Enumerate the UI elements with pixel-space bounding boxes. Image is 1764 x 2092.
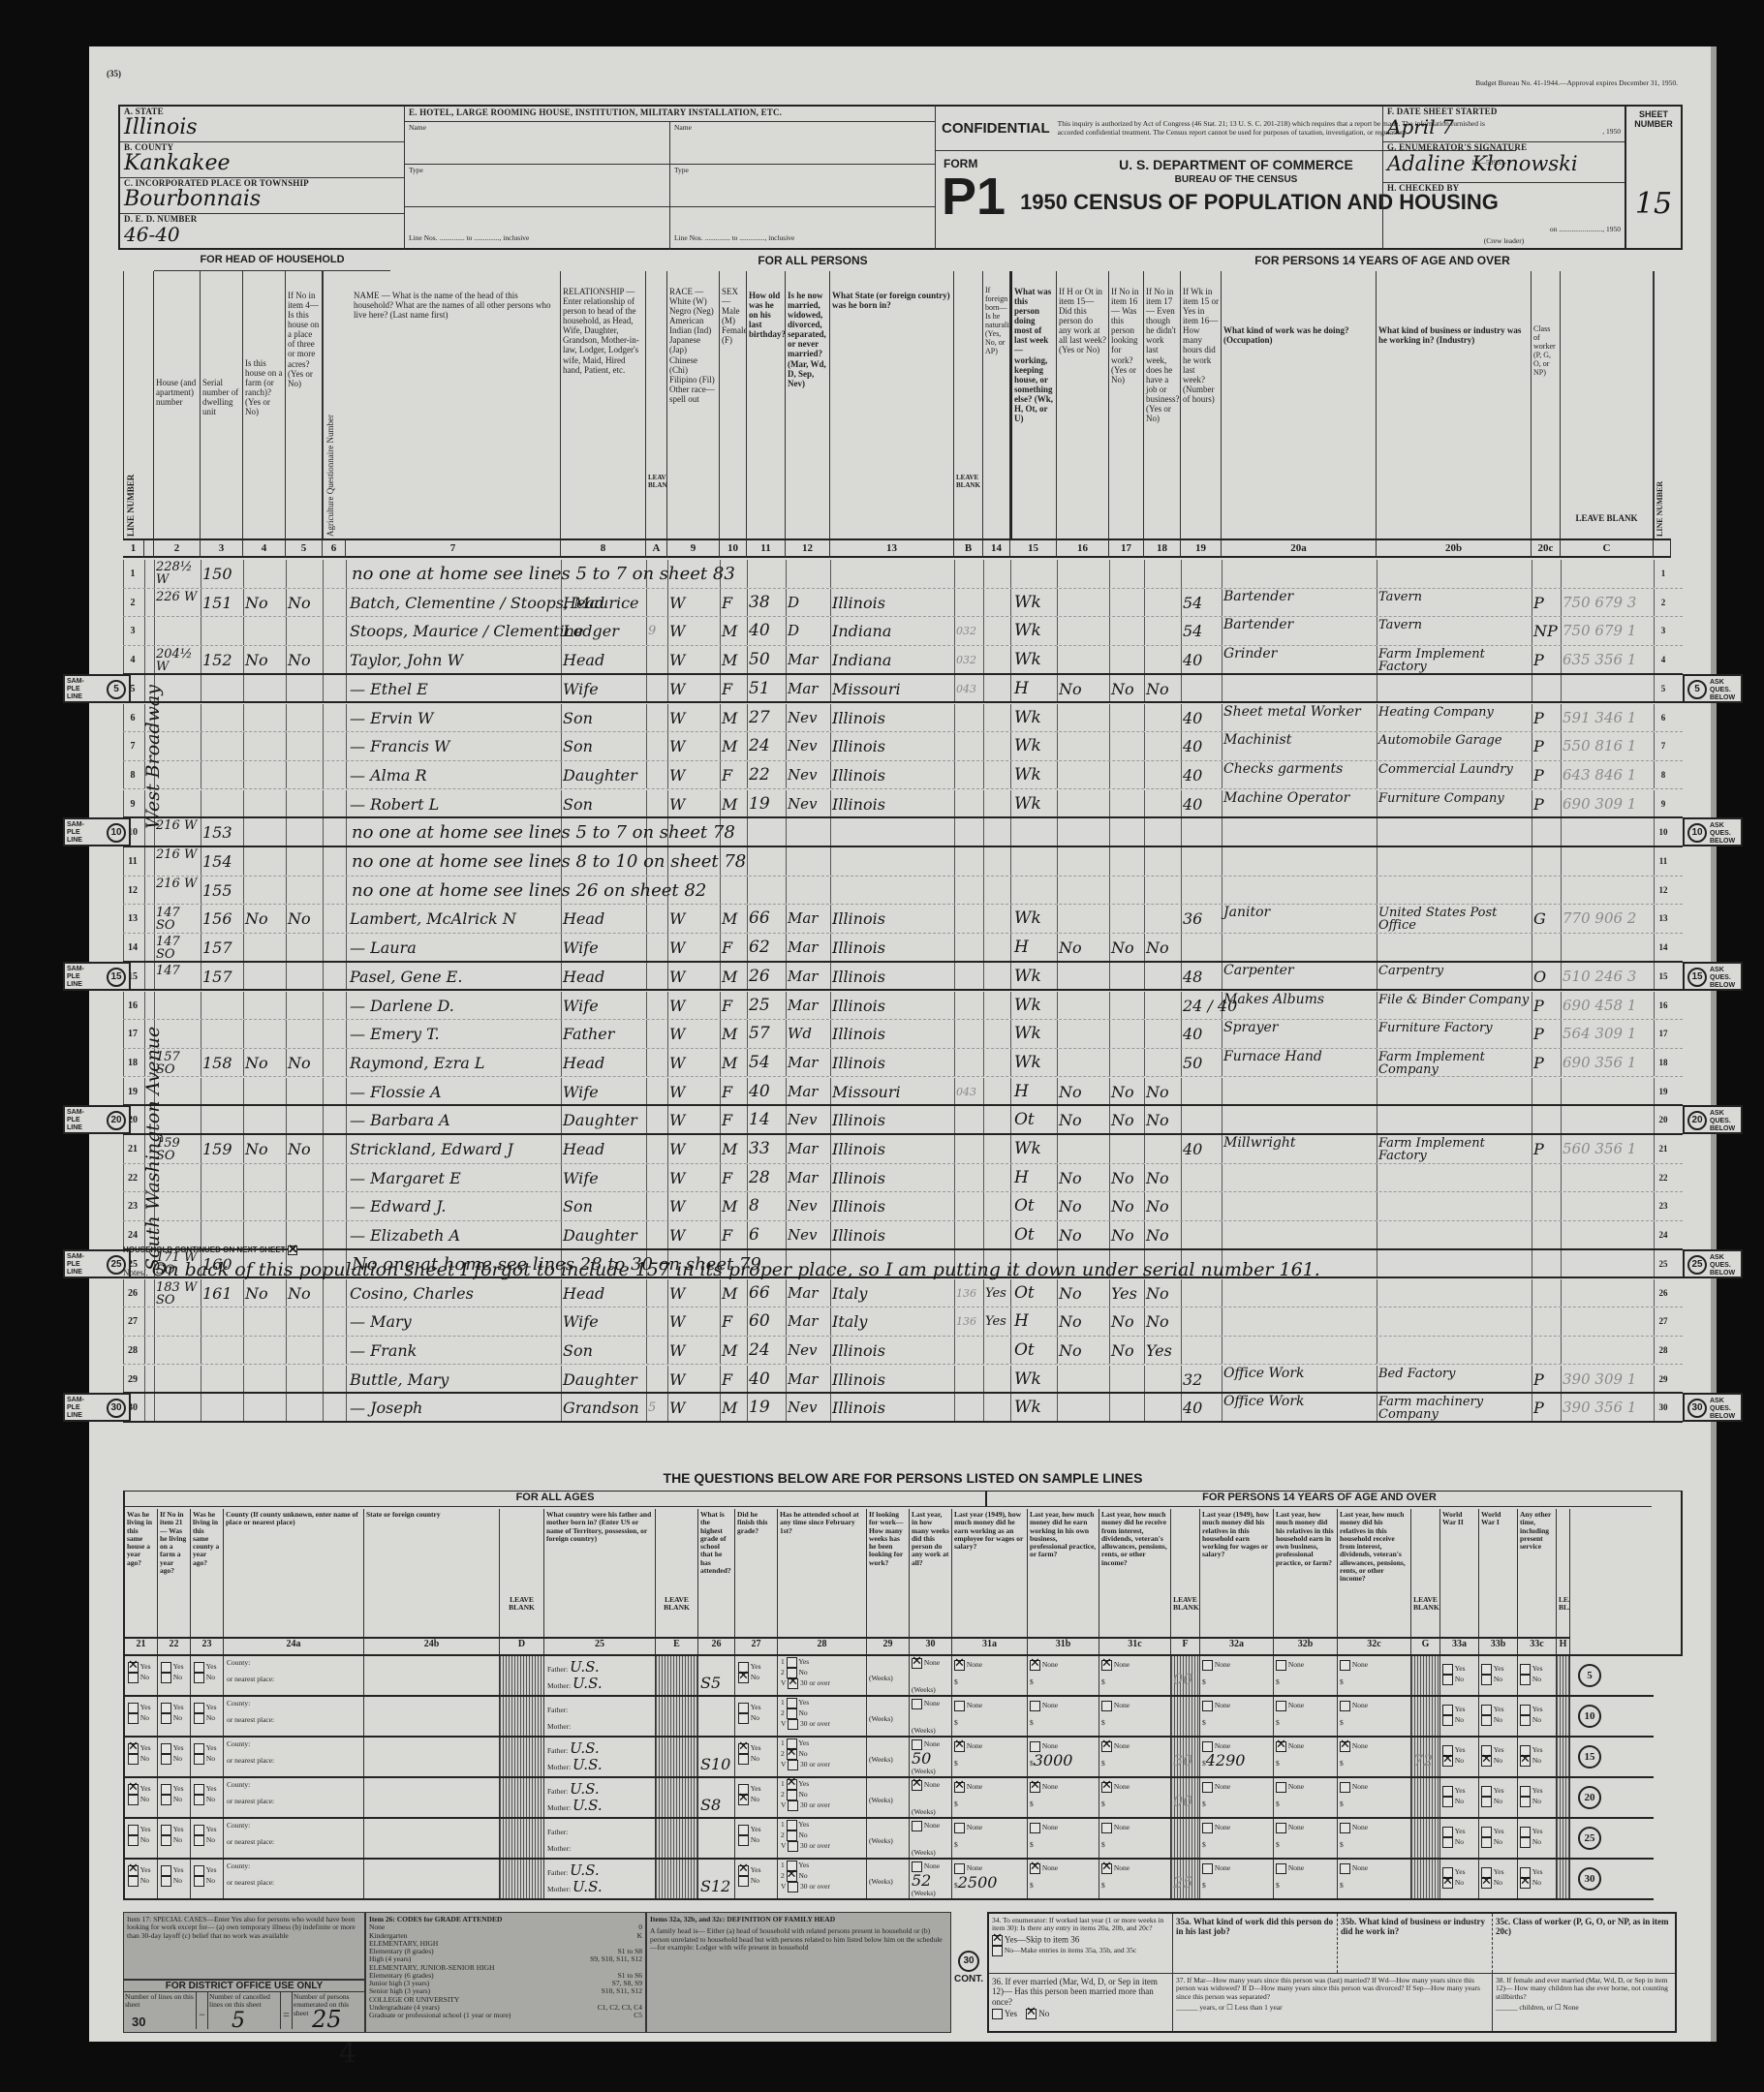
cell-activity: H — [1014, 934, 1059, 961]
cell-activity: Wk — [1014, 905, 1059, 933]
checkbox[interactable] — [1442, 1664, 1453, 1675]
q38-text: 38. If female and ever married (Mar, Wd,… — [1496, 1977, 1672, 2001]
checkbox[interactable] — [161, 1662, 171, 1673]
table-row: 1717— Emery T.FatherWM57WdIllinoisWk40Sp… — [123, 1020, 1683, 1049]
checkbox[interactable] — [1442, 1797, 1453, 1807]
cell-name: — Edward J. — [350, 1192, 563, 1220]
checkbox[interactable] — [128, 1784, 139, 1795]
ww2-service: Yes No — [1442, 1705, 1466, 1726]
table-row: 2121159 SO159NoNoStrickland, Edward JHea… — [123, 1135, 1683, 1164]
line-number: 14 — [121, 934, 144, 962]
q36-no-checkbox[interactable] — [1026, 2009, 1037, 2019]
checkbox[interactable] — [738, 1703, 749, 1713]
checkbox[interactable] — [128, 1713, 139, 1724]
checkbox[interactable] — [128, 1835, 139, 1846]
checkbox[interactable] — [954, 1660, 965, 1671]
col-head-name: NAME — What is the name of the head of t… — [346, 271, 561, 538]
checkbox[interactable] — [1520, 1705, 1531, 1715]
checkbox[interactable] — [161, 1795, 171, 1805]
column-number: 8 — [561, 538, 646, 558]
checkbox[interactable] — [1276, 1823, 1286, 1833]
checkbox[interactable] — [1340, 1660, 1350, 1671]
q31c-income: None$ — [1101, 1823, 1130, 1851]
other-service: Yes No — [1520, 1664, 1543, 1685]
checkbox[interactable] — [1520, 1837, 1531, 1848]
cell-hours: 40 — [1183, 761, 1222, 789]
line-number: 17 — [121, 1020, 144, 1048]
cell-mar: Mar — [788, 1135, 830, 1163]
checkbox[interactable] — [1340, 1741, 1350, 1752]
ww1-service: Yes No — [1481, 1664, 1504, 1685]
checkbox[interactable] — [1442, 1827, 1453, 1837]
street-name-2: South Washington Avenue — [142, 858, 164, 1439]
checkbox[interactable] — [788, 1882, 798, 1892]
cell-age: 28 — [749, 1164, 786, 1192]
q23-county: Yes No — [194, 1662, 217, 1683]
checkbox[interactable] — [1520, 1664, 1531, 1675]
notes-section: HOUSEHOLD CONTINUED ON NEXT SHEET Notes/… — [123, 1246, 1683, 1282]
column-number: A — [646, 538, 667, 558]
checkbox[interactable] — [1481, 1664, 1492, 1675]
checkbox[interactable] — [788, 1800, 798, 1811]
checkbox[interactable] — [1442, 1786, 1453, 1797]
line-number: 11 — [121, 847, 144, 876]
cell-cls: P — [1533, 1366, 1561, 1393]
checkbox[interactable] — [1202, 1660, 1213, 1671]
cell-serial: 161 — [202, 1279, 243, 1307]
cell-rel: Lodger — [563, 617, 646, 645]
checkbox[interactable] — [1520, 1715, 1531, 1726]
checkbox[interactable] — [1481, 1797, 1492, 1807]
cell-name: — Elizabeth A — [350, 1221, 563, 1248]
checkbox[interactable] — [194, 1784, 204, 1795]
ask-questions-tag: 30ASKQUES.BELOW — [1683, 1393, 1743, 1422]
checkbox[interactable] — [194, 1673, 204, 1683]
line-number-right: 3 — [1652, 617, 1675, 645]
checkbox[interactable] — [1481, 1878, 1492, 1889]
checkbox[interactable] — [1340, 1701, 1350, 1711]
checkbox[interactable] — [161, 1825, 171, 1835]
sample-col-head: Last year, how much money did his relati… — [1338, 1509, 1411, 1637]
cell-hours: 54 — [1183, 617, 1222, 645]
cell-mar: Mar — [788, 934, 830, 961]
q34-yes-checkbox[interactable] — [992, 1935, 1003, 1946]
checkbox[interactable] — [1442, 1837, 1453, 1848]
sample-col-head: Was he living in this same county a year… — [191, 1509, 224, 1637]
cell-race: W — [669, 1078, 720, 1105]
checkbox[interactable] — [161, 1703, 171, 1713]
checkbox[interactable] — [161, 1876, 171, 1887]
cell-age: 54 — [749, 1049, 786, 1077]
cell-birth: Indiana — [832, 617, 954, 645]
checkbox[interactable] — [787, 1708, 797, 1719]
q31c-income: None$ — [1101, 1782, 1130, 1810]
col-head-relationship: RELATIONSHIP — Enter relationship of per… — [561, 271, 646, 538]
checkbox[interactable] — [161, 1784, 171, 1795]
checkbox[interactable] — [1030, 1782, 1040, 1793]
checkbox[interactable] — [1101, 1701, 1112, 1711]
line-number-right: 15 — [1652, 963, 1675, 991]
checked-on: on ........................, 1950 — [1387, 226, 1621, 233]
checkbox[interactable] — [1520, 1797, 1531, 1807]
q22-farm: Yes No — [161, 1703, 184, 1724]
checkbox[interactable] — [194, 1876, 204, 1887]
line-number: 4 — [121, 646, 144, 674]
cell-age: 57 — [749, 1020, 786, 1048]
checkbox[interactable] — [1340, 1863, 1350, 1874]
grade-code-row: None0 — [369, 1923, 642, 1931]
col-head-hours: If Wk in item 15 or Yes in item 16— How … — [1181, 271, 1222, 538]
line-number-right: 7 — [1652, 732, 1675, 760]
checkbox[interactable] — [128, 1754, 139, 1765]
cell-birth: Illinois — [832, 732, 954, 760]
checkbox[interactable] — [912, 1699, 922, 1709]
cell-age: 33 — [749, 1135, 786, 1163]
line-number: 18 — [121, 1049, 144, 1077]
cell-farm: No — [245, 589, 286, 617]
cell-acres: No — [288, 1135, 323, 1163]
checkbox[interactable] — [161, 1673, 171, 1683]
checkbox[interactable] — [738, 1835, 749, 1846]
cell-code: 591 346 1 — [1563, 704, 1654, 732]
checkbox[interactable] — [1481, 1756, 1492, 1767]
line-number: 21 — [121, 1135, 144, 1163]
checkbox[interactable] — [1481, 1827, 1492, 1837]
checkbox[interactable] — [1202, 1863, 1213, 1874]
cell-mar: Wd — [788, 1020, 830, 1048]
q21-same-house: Yes No — [128, 1784, 151, 1805]
checkbox[interactable] — [128, 1825, 139, 1835]
checkbox[interactable] — [161, 1865, 171, 1876]
checkbox[interactable] — [194, 1703, 204, 1713]
cell-hours: 40 — [1183, 790, 1222, 817]
col-head-occupation: What kind of work was he doing? (Occupat… — [1222, 271, 1377, 538]
cell-mar: Mar — [788, 1307, 830, 1336]
cell-race: W — [669, 1279, 720, 1307]
checkbox[interactable] — [194, 1795, 204, 1805]
place-value: Bourbonnais — [124, 189, 400, 210]
checkbox[interactable] — [1101, 1660, 1112, 1671]
cell-age: 66 — [749, 1279, 786, 1307]
cell-name: Raymond, Ezra L — [350, 1049, 563, 1077]
cell-age: 8 — [749, 1192, 786, 1220]
date-value: April 7 — [1387, 117, 1621, 137]
checkbox[interactable] — [788, 1678, 798, 1689]
cell-cls: P — [1533, 1049, 1561, 1077]
line-number-right: 5 — [1652, 675, 1675, 703]
cell-birth: Italy — [832, 1279, 954, 1307]
col-head-line-right: LINE NUMBER — [1654, 271, 1671, 538]
checkbox[interactable] — [954, 1741, 965, 1752]
cell-birth: Illinois — [832, 1106, 954, 1133]
cell-hours: 50 — [1183, 1049, 1222, 1077]
q32b-income: None$ — [1276, 1782, 1304, 1810]
checkbox[interactable] — [1101, 1863, 1112, 1874]
cell-rel: Father — [563, 1020, 646, 1048]
checkbox[interactable] — [1481, 1837, 1492, 1848]
cell-birth: Missouri — [832, 675, 954, 702]
checkbox[interactable] — [1481, 1715, 1492, 1726]
checkbox[interactable] — [1520, 1878, 1531, 1889]
checkbox[interactable] — [787, 1820, 797, 1830]
checkbox[interactable] — [1276, 1701, 1286, 1711]
checkbox[interactable] — [1030, 1741, 1040, 1752]
q28-attended: 1 Yes2 NoV 30 or over — [781, 1698, 830, 1730]
q21-same-house: Yes No — [128, 1825, 151, 1846]
checkbox[interactable] — [954, 1863, 965, 1874]
checkbox[interactable] — [738, 1795, 749, 1805]
cell-ind: File & Binder Company — [1378, 992, 1532, 1020]
checkbox[interactable] — [194, 1865, 204, 1876]
checkbox[interactable] — [1520, 1827, 1531, 1837]
checkbox[interactable] — [128, 1865, 139, 1876]
checkbox[interactable] — [1442, 1715, 1453, 1726]
checkbox[interactable] — [1442, 1878, 1453, 1889]
q26-grade: S12 — [700, 1877, 730, 1895]
ask-questions-tag: 25ASKQUES.BELOW — [1683, 1249, 1743, 1278]
checkbox[interactable] — [194, 1713, 204, 1724]
checkbox[interactable] — [194, 1835, 204, 1846]
table-row: 2929Buttle, MaryDaughterWF40MarIllinoisW… — [123, 1366, 1683, 1395]
sample-col-number: 24b — [364, 1637, 500, 1654]
q21-same-house: Yes No — [128, 1865, 151, 1887]
sample-col-number: 32b — [1274, 1637, 1338, 1654]
column-number: 19 — [1181, 538, 1222, 558]
checkbox[interactable] — [954, 1701, 965, 1711]
county-value: Kankakee — [124, 153, 400, 174]
checkbox[interactable] — [1520, 1756, 1531, 1767]
cancelled-count: 5 — [232, 2009, 245, 2033]
sheet-number-label: SHEET NUMBER — [1626, 107, 1681, 129]
q31a-income: None$ — [954, 1782, 982, 1810]
checkbox[interactable] — [787, 1830, 797, 1841]
column-number: C — [1561, 538, 1654, 558]
checkbox[interactable] — [1276, 1863, 1286, 1874]
sample-col-number: 31a — [952, 1637, 1028, 1654]
cell-hours: 40 — [1183, 1020, 1222, 1048]
column-number: 1 — [123, 538, 144, 558]
checkbox[interactable] — [161, 1835, 171, 1846]
checkbox[interactable] — [1030, 1823, 1040, 1833]
cell-note: no one at home see lines 5 to 7 on sheet… — [352, 560, 735, 588]
cell-name: Taylor, John W — [350, 646, 563, 673]
checkbox[interactable] — [1276, 1782, 1286, 1793]
checkbox[interactable] — [1481, 1675, 1492, 1685]
checkbox[interactable] — [1276, 1660, 1286, 1671]
cell-q17: Yes — [1111, 1279, 1144, 1307]
cell-sex: M — [722, 1135, 747, 1163]
cell-mar: Mar — [788, 1366, 830, 1393]
column-number — [144, 538, 154, 558]
cell-hours: 54 — [1183, 589, 1222, 617]
cell-occ: Machine Operator — [1223, 790, 1377, 817]
checkbox[interactable] — [738, 1743, 749, 1754]
checkbox[interactable] — [788, 1760, 798, 1770]
ww1-service: Yes No — [1481, 1786, 1504, 1807]
checkbox[interactable] — [1442, 1705, 1453, 1715]
q32b-income: None$ — [1276, 1741, 1304, 1769]
line-number-right: 4 — [1652, 646, 1675, 674]
sample-col-head: If No in item 21— Was he living on a far… — [158, 1509, 191, 1637]
checkbox[interactable] — [1481, 1705, 1492, 1715]
checkbox[interactable] — [1030, 1863, 1040, 1874]
dept-name: U. S. DEPARTMENT OF COMMERCE — [1071, 157, 1401, 172]
checkbox[interactable] — [912, 1739, 922, 1750]
line-number: 16 — [121, 992, 144, 1020]
checkbox[interactable] — [194, 1743, 204, 1754]
cell-rel: Head — [563, 963, 646, 990]
checkbox[interactable] — [128, 1673, 139, 1683]
cell-q16: No — [1059, 675, 1109, 702]
checkbox[interactable] — [787, 1779, 797, 1790]
cell-race: W — [669, 992, 720, 1020]
cell-rel: Daughter — [563, 761, 646, 789]
cell-mar: Mar — [788, 1078, 830, 1105]
sample-col-number: 31c — [1099, 1637, 1171, 1654]
cell-q18: No — [1146, 1078, 1181, 1105]
checkbox[interactable] — [788, 1841, 798, 1852]
checkbox[interactable] — [787, 1790, 797, 1800]
checkbox[interactable] — [912, 1861, 922, 1872]
checkbox[interactable] — [1030, 1701, 1040, 1711]
checkbox[interactable] — [161, 1743, 171, 1754]
checkbox[interactable] — [912, 1821, 922, 1831]
cell-birth: Illinois — [832, 1221, 954, 1248]
cell-sex: M — [722, 1020, 747, 1048]
line-number-right: 14 — [1652, 934, 1675, 962]
checkbox[interactable] — [1101, 1823, 1112, 1833]
sample-col-head: Has he attended school at any time since… — [778, 1509, 867, 1637]
checkbox[interactable] — [788, 1719, 798, 1730]
checkbox[interactable] — [787, 1749, 797, 1760]
table-row: 99— Robert LSonWM19NevIllinoisWk40Machin… — [123, 790, 1683, 819]
checkbox[interactable] — [787, 1871, 797, 1882]
checkbox[interactable] — [738, 1673, 749, 1683]
checkbox[interactable] — [912, 1780, 922, 1791]
checkbox[interactable] — [1442, 1675, 1453, 1685]
bottom-mark: 4 — [339, 2037, 356, 2069]
checkbox[interactable] — [194, 1825, 204, 1835]
sample-col-number: 29 — [867, 1637, 910, 1654]
checkbox[interactable] — [787, 1698, 797, 1708]
cell-rel: Head — [563, 589, 646, 617]
checkbox[interactable] — [738, 1876, 749, 1887]
q36-yes-checkbox[interactable] — [992, 2009, 1003, 2019]
q34-no-checkbox[interactable] — [992, 1946, 1003, 1956]
checkbox[interactable] — [1202, 1823, 1213, 1833]
cell-activity: H — [1014, 1078, 1059, 1105]
checkbox[interactable] — [954, 1823, 965, 1833]
checkbox[interactable] — [954, 1782, 965, 1793]
checkbox[interactable] — [1202, 1701, 1213, 1711]
checkbox[interactable] — [1520, 1786, 1531, 1797]
cell-hours: 24 / 40 — [1183, 992, 1222, 1020]
q30-weeks-worked: None(Weeks) — [912, 1821, 940, 1857]
cell-name: — Alma R — [350, 761, 563, 789]
cell-code: 770 906 2 — [1563, 905, 1654, 933]
table-row: 2222— Margaret EWifeWF28MarIllinoisHNoNo… — [123, 1164, 1683, 1193]
q24a-county: County:or nearest place: — [227, 1822, 274, 1846]
cell-q17: No — [1111, 1221, 1144, 1248]
checkbox[interactable] — [1481, 1786, 1492, 1797]
checkbox[interactable] — [738, 1825, 749, 1835]
checkbox[interactable] — [738, 1865, 749, 1876]
checkbox[interactable] — [912, 1658, 922, 1669]
cell-sex: M — [722, 1192, 747, 1220]
line-number-right: 28 — [1652, 1337, 1675, 1365]
cell-race: W — [669, 1135, 720, 1163]
checkbox[interactable] — [1276, 1741, 1286, 1752]
checkbox[interactable] — [738, 1754, 749, 1765]
cell-activity: Wk — [1014, 761, 1059, 789]
q31b-income: None$ — [1030, 1782, 1058, 1810]
checkbox[interactable] — [1340, 1782, 1350, 1793]
cell-cls: P — [1533, 761, 1561, 789]
checkbox[interactable] — [194, 1662, 204, 1673]
checkbox[interactable] — [128, 1703, 139, 1713]
checkbox[interactable] — [1030, 1660, 1040, 1671]
checkbox[interactable] — [128, 1876, 139, 1887]
checkbox[interactable] — [1101, 1741, 1112, 1752]
checkbox[interactable] — [1202, 1782, 1213, 1793]
cell-code: 560 356 1 — [1563, 1135, 1654, 1163]
checkbox[interactable] — [1442, 1756, 1453, 1767]
sample-col-number: G — [1411, 1637, 1440, 1654]
q24a-county: County:or nearest place: — [227, 1862, 274, 1887]
col-head-blank-c: LEAVE BLANK — [1561, 271, 1654, 538]
line-number-right: 26 — [1652, 1279, 1675, 1307]
continued-checkbox[interactable] — [288, 1246, 297, 1255]
line-number: 1 — [121, 560, 144, 588]
cell-rel: Wife — [563, 1078, 646, 1105]
cell-name: — Francis W — [350, 732, 563, 760]
checkbox[interactable] — [1202, 1741, 1213, 1752]
cell-name: — Flossie A — [350, 1078, 563, 1105]
sample-col-number: 26 — [698, 1637, 735, 1654]
cell-activity: Wk — [1014, 704, 1059, 732]
line-number-right: 12 — [1652, 877, 1675, 905]
checkbox[interactable] — [128, 1743, 139, 1754]
cell-race: W — [669, 617, 720, 645]
checkbox[interactable] — [738, 1713, 749, 1724]
cell-mar: Mar — [788, 992, 830, 1020]
q25-parents-birthplace: Father: U.S.Mother: U.S. — [547, 1659, 603, 1691]
checkbox[interactable] — [787, 1657, 797, 1668]
cell-activity: H — [1014, 1307, 1059, 1336]
checkbox[interactable] — [1520, 1675, 1531, 1685]
cell-hours: 40 — [1183, 704, 1222, 732]
q30-weeks-worked: None(Weeks) — [912, 1699, 940, 1735]
checkbox[interactable] — [1101, 1782, 1112, 1793]
checkbox[interactable] — [161, 1713, 171, 1724]
cell-natur: Yes — [985, 1279, 1010, 1307]
q30-weeks-worked: None(Weeks) — [912, 1658, 940, 1694]
cell-activity: Wk — [1014, 963, 1059, 990]
q23-county: Yes No — [194, 1784, 217, 1805]
checkbox[interactable] — [128, 1662, 139, 1673]
checkbox[interactable] — [161, 1754, 171, 1765]
ww1-service: Yes No — [1481, 1867, 1504, 1889]
q32b-income: None$ — [1276, 1660, 1304, 1688]
checkbox[interactable] — [194, 1754, 204, 1765]
family-head-box: Items 32a, 32b, and 32c: DEFINITION OF F… — [646, 1912, 951, 2033]
checkbox[interactable] — [128, 1795, 139, 1805]
cell-birth: Illinois — [832, 1020, 954, 1048]
sample-col-number: 27 — [735, 1637, 778, 1654]
cell-age: 14 — [749, 1106, 786, 1133]
checkbox[interactable] — [1340, 1823, 1350, 1833]
line-number-right: 22 — [1652, 1164, 1675, 1192]
